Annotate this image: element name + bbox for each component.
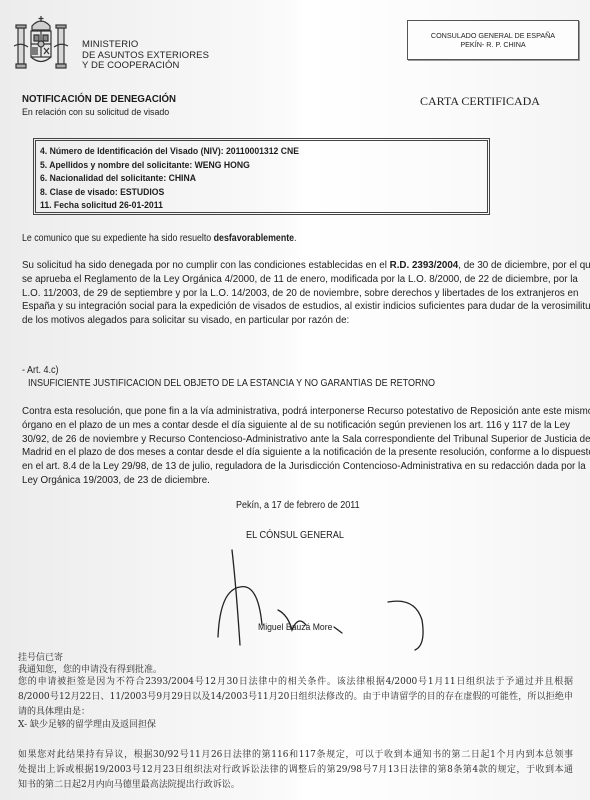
- zh-appeal-line: 如果您对此结果持有异议，根据30/92号11月26日法律的第116和117条规定…: [18, 748, 573, 763]
- info-line-niv: 4. Número de Identificación del Visado (…: [40, 145, 299, 159]
- appeal-line: Madrid en el plazo de dos meses a contar…: [22, 446, 570, 460]
- notice-title: NOTIFICACIÓN DE DENEGACIÓN: [22, 93, 176, 105]
- consulate-line: PEKÍN- R. P. CHINA: [460, 40, 525, 49]
- info-line-visa-class: 8. Clase de visado: ESTUDIOS: [40, 186, 299, 200]
- signer-name: Miguel Bauzá More: [258, 622, 332, 633]
- coat-of-arms-icon: [12, 14, 70, 78]
- zh-appeal-line: 知书的第二日起2月内向马德里最高法院提出行政诉讼。: [18, 778, 573, 793]
- signature-icon: [210, 545, 440, 655]
- appeal-line: órgano en el plazo de un mes a contar de…: [22, 419, 570, 433]
- appeal-line: Ley Orgánica 19/2003, de 23 de diciembre…: [22, 474, 570, 488]
- article-reason: INSUFICIENTE JUSTIFICACIÓN DEL OBJETO DE…: [28, 377, 435, 391]
- zh-reason: X- 缺少足够的留学理由及返回担保: [18, 718, 156, 733]
- zh-grounds: 您的申请被拒签是因为不符合2393/2004号12月30日法律中的相关条件。该法…: [18, 675, 573, 720]
- zh-grounds-line: 8/2000号12月22日、11/2003号9月29日以及14/2003号11月…: [18, 690, 573, 705]
- resolution-suffix: .: [294, 233, 296, 244]
- notice-subtitle: En relación con su solicitud de visado: [22, 107, 169, 118]
- place-date: Pekín, a 17 de febrero de 2011: [236, 500, 360, 511]
- appeal-line: 30/92, de 26 de noviembre y Recurso Cont…: [22, 433, 570, 447]
- consul-title: EL CÓNSUL GENERAL: [246, 530, 344, 541]
- zh-grounds-line: 您的申请被拒签是因为不符合2393/2004号12月30日法律中的相关条件。该法…: [18, 675, 573, 690]
- mail-type-label: CARTA CERTIFICADA: [420, 94, 540, 109]
- zh-appeal: 如果您对此结果持有异议，根据30/92号11月26日法律的第116和117条规定…: [18, 748, 573, 793]
- grounds-line: de los motivos alegados para solicitar s…: [22, 314, 570, 328]
- appeal-line: en el art. 8.4 de la Ley 29/98, de 13 de…: [22, 460, 570, 474]
- grounds-paragraph: Su solicitud ha sido denegada por no cum…: [22, 259, 570, 328]
- zh-appeal-line: 处提出上诉或根据19/2003号12月23日组织法对行政诉讼法律的调整后的第29…: [18, 763, 573, 778]
- info-line-name: 5. Apellidos y nombre del solicitante: W…: [40, 159, 299, 173]
- resolution-prefix: Le comunico que su expediente ha sido re…: [22, 233, 214, 244]
- grounds-line: L.O. 11/2003, de 29 de septiembre y por …: [22, 287, 570, 301]
- appeal-paragraph: Contra esta resolución, que pone fin a l…: [22, 405, 570, 488]
- appeal-line: Contra esta resolución, que pone fin a l…: [22, 405, 570, 419]
- article-label: - Art. 4.c): [22, 364, 59, 378]
- resolution-statement: Le comunico que su expediente ha sido re…: [22, 232, 297, 246]
- ministry-line: Y DE COOPERACIÓN: [82, 61, 209, 72]
- info-line-date: 11. Fecha solicitud 26-01-2011: [40, 199, 299, 213]
- consulate-line: CONSULADO GENERAL DE ESPAÑA: [431, 31, 555, 40]
- ministry-name: MINISTERIO DE ASUNTOS EXTERIORES Y DE CO…: [82, 40, 209, 72]
- applicant-info-box: 4. Número de Identificación del Visado (…: [33, 138, 490, 215]
- ministry-line: MINISTERIO: [82, 40, 209, 51]
- info-line-nationality: 6. Nacionalidad del solicitante: CHINA: [40, 172, 299, 186]
- resolution-outcome: desfavorablemente: [214, 233, 294, 244]
- consulate-box: CONSULADO GENERAL DE ESPAÑA PEKÍN- R. P.…: [407, 20, 579, 60]
- grounds-line: se aprueba el Reglamento de la Ley Orgán…: [22, 273, 570, 287]
- grounds-line: España y su integración social para la e…: [22, 300, 570, 314]
- grounds-line: Su solicitud ha sido denegada por no cum…: [22, 259, 570, 273]
